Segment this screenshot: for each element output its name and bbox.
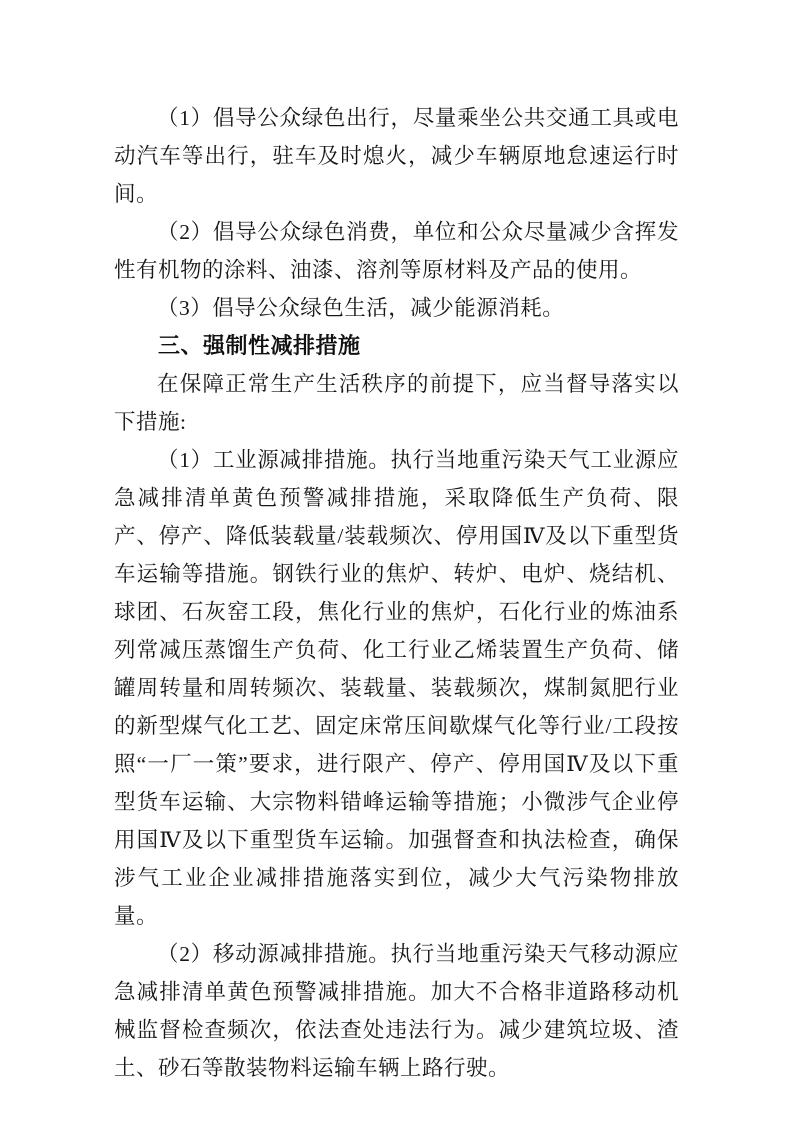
paragraph-green-travel: （1）倡导公众绿色出行，尽量乘坐公共交通工具或电动汽车等出行，驻车及时熄火，减少…	[114, 99, 679, 213]
section-heading-mandatory-measures: 三、强制性减排措施	[114, 327, 679, 365]
paragraph-green-life: （3）倡导公众绿色生活，减少能源消耗。	[114, 289, 679, 327]
document-page: （1）倡导公众绿色出行，尽量乘坐公共交通工具或电动汽车等出行，驻车及时熄火，减少…	[0, 0, 793, 1122]
paragraph-industrial-source-measures: （1）工业源减排措施。执行当地重污染天气工业源应急减排清单黄色预警减排措施，采取…	[114, 441, 679, 935]
paragraph-green-consumption: （2）倡导公众绿色消费，单位和公众尽量减少含挥发性有机物的涂料、油漆、溶剂等原材…	[114, 213, 679, 289]
text-content: （1）倡导公众绿色出行，尽量乘坐公共交通工具或电动汽车等出行，驻车及时熄火，减少…	[114, 99, 679, 1087]
paragraph-mobile-source-measures: （2）移动源减排措施。执行当地重污染天气移动源应急减排清单黄色预警减排措施。加大…	[114, 935, 679, 1087]
paragraph-intro-measures: 在保障正常生产生活秩序的前提下，应当督导落实以下措施:	[114, 365, 679, 441]
